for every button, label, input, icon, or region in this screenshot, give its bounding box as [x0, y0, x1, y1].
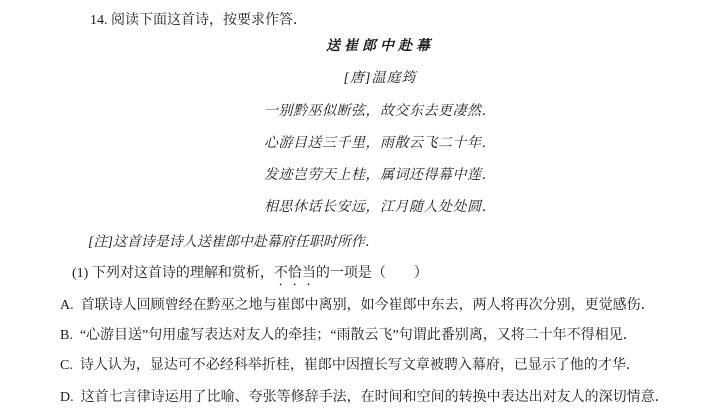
option-b-label: B. [60, 328, 73, 343]
question-number-line: 14. 阅读下面这首诗，按要求作答． [90, 12, 307, 30]
poem-block: 送崔郎中赴幕 [唐]温庭筠 一别黔巫似断弦，故交东去更凄然． 心游目送三千里，雨… [40, 31, 720, 225]
option-c-label: C. [60, 358, 73, 373]
option-b-text: “心游目送”句用虚写表达对友人的牵挂；“雨散云飞”句谓此番别离，又将二十年不得相… [80, 328, 637, 343]
poem-line-2: 心游目送三千里，雨散云飞二十年． [40, 128, 720, 160]
option-d-text: 这首七言律诗运用了比喻、夸张等修辞手法，在时间和空间的转换中表达出对友人的深切情… [81, 390, 669, 405]
poem-line-4: 相思休话长安远，江月随人处处圆． [40, 192, 720, 224]
poem-author: [唐]温庭筠 [40, 63, 720, 95]
poem-note: [注]这首诗是诗人送崔郎中赴幕府任职时所作． [88, 234, 379, 252]
option-a-text: 首联诗人回顾曾经在黔巫之地与崔郎中离别，如今崔郎中东去，两人将再次分别，更觉感伤… [81, 298, 655, 313]
option-c: C.诗人认为，显达可不必经科举折桂，崔郎中因擅长写文章被聘入幕府，已显示了他的才… [60, 357, 640, 375]
poem-line-1: 一别黔巫似断弦，故交东去更凄然． [40, 96, 720, 128]
option-b: B.“心游目送”句用虚写表达对友人的牵挂；“雨散云飞”句谓此番别离，又将二十年不… [60, 327, 637, 345]
question-stem: (1) 下列对这首诗的理解和赏析，不恰当的一项是（ ） [72, 264, 428, 289]
exam-page: 14. 阅读下面这首诗，按要求作答． 送崔郎中赴幕 [唐]温庭筠 一别黔巫似断弦… [0, 0, 720, 414]
option-a-label: A. [60, 298, 74, 313]
option-d: D.这首七言律诗运用了比喻、夸张等修辞手法，在时间和空间的转换中表达出对友人的深… [60, 389, 669, 407]
option-a: A.首联诗人回顾曾经在黔巫之地与崔郎中离别，如今崔郎中东去，两人将再次分别，更觉… [60, 297, 655, 315]
question-stem-prefix: (1) 下列对这首诗的理解和赏析， [72, 266, 274, 281]
option-c-text: 诗人认为，显达可不必经科举折桂，崔郎中因擅长写文章被聘入幕府，已显示了他的才华． [80, 358, 640, 373]
question-stem-suffix: 的一项是（ ） [316, 266, 428, 281]
emphasized-text: 不恰当 [274, 266, 316, 281]
poem-line-3: 发迹岂劳天上桂，属词还得幕中莲． [40, 160, 720, 192]
poem-title: 送崔郎中赴幕 [40, 31, 720, 63]
option-d-label: D. [60, 390, 74, 405]
